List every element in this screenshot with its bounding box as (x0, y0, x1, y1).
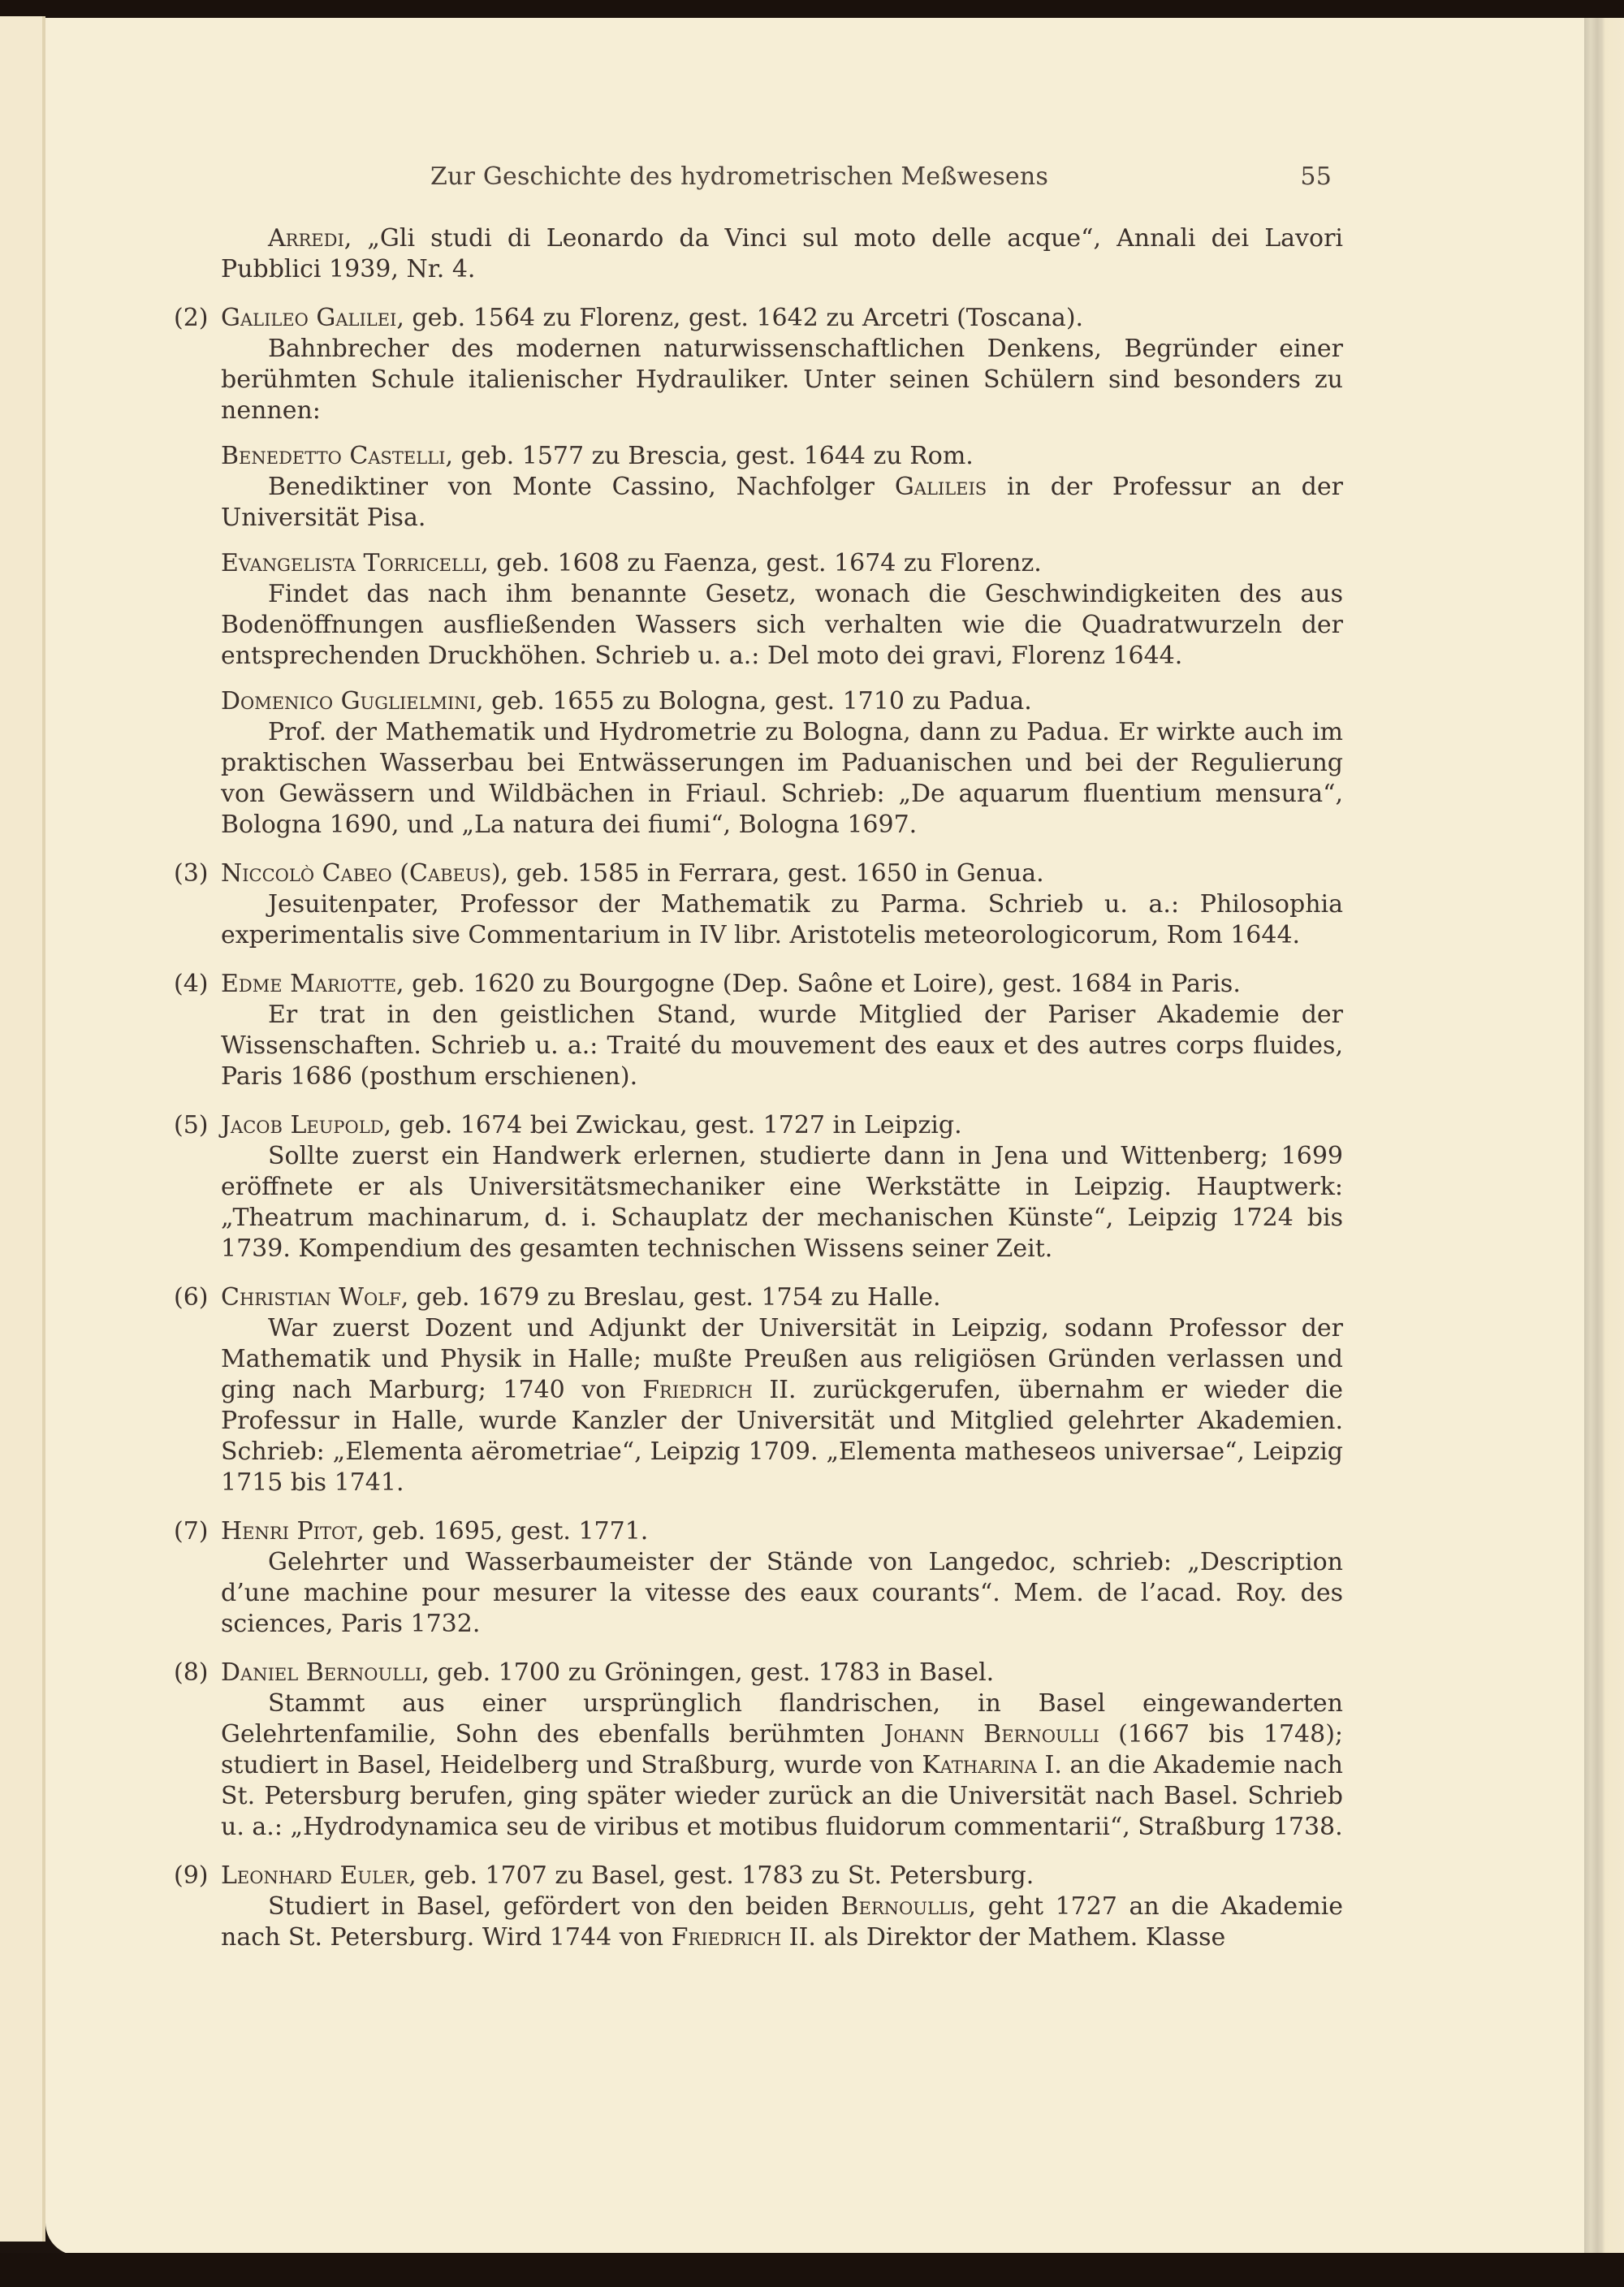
life-dates: , geb. 1577 zu Brescia, gest. 1644 zu Ro… (445, 442, 973, 470)
running-head-title: Zur Geschichte des hydrometrischen Meßwe… (430, 162, 1048, 191)
entry-heading: Jacob Leupold, geb. 1674 bei Zwickau, ge… (182, 1110, 1343, 1141)
life-dates: , geb. 1674 bei Zwickau, gest. 1727 in L… (384, 1111, 962, 1139)
person-name: Niccolò Cabeo (221, 859, 392, 888)
student-guglielmini: Domenico Guglielmini, geb. 1655 zu Bolog… (182, 686, 1343, 841)
author-name: Arredi (268, 224, 344, 253)
footnote-number: (3) (174, 858, 209, 889)
body-text: Benediktiner von Monte Cassino, Nachfolg… (268, 473, 895, 501)
person-name: Friedrich (672, 1923, 782, 1952)
life-dates: , geb. 1679 zu Breslau, gest. 1754 zu Ha… (401, 1283, 941, 1312)
left-page-edge (0, 16, 45, 2242)
entry-heading: Galileo Galilei, geb. 1564 zu Florenz, g… (182, 303, 1343, 334)
entry-heading: Benedetto Castelli, geb. 1577 zu Brescia… (182, 441, 1343, 472)
entry-heading: Henri Pitot, geb. 1695, gest. 1771. (182, 1516, 1343, 1547)
body-text: Studiert in Basel, gefördert von den bei… (268, 1892, 840, 1921)
life-dates: , geb. 1700 zu Gröningen, gest. 1783 in … (421, 1658, 994, 1687)
entry-body: Findet das nach ihm benannte Gesetz, won… (182, 579, 1343, 672)
scan-top-border (0, 0, 1624, 18)
footnote-number: (9) (174, 1861, 209, 1891)
entry-heading: Leonhard Euler, geb. 1707 zu Basel, gest… (182, 1861, 1343, 1891)
person-name: Johann Bernoulli (883, 1720, 1099, 1749)
person-name: Friedrich (642, 1376, 753, 1404)
footnote-number: (2) (174, 303, 209, 334)
body-text: II. als Direktor der Mathem. Klasse (781, 1923, 1225, 1952)
life-dates: , geb. 1608 zu Faenza, gest. 1674 zu Flo… (481, 549, 1042, 577)
person-name: Galileis (895, 473, 987, 501)
footnote-number: (6) (174, 1282, 209, 1313)
person-name: Jacob Leupold (221, 1111, 384, 1139)
footnote-number: (7) (174, 1516, 209, 1547)
life-dates: , geb. 1620 zu Bourgogne (Dep. Saône et … (396, 970, 1241, 998)
person-name: Christian Wolf (221, 1283, 401, 1312)
footnote-5: (5) Jacob Leupold, geb. 1674 bei Zwickau… (182, 1110, 1343, 1265)
person-name-alt: Cabeus (409, 859, 491, 888)
entry-body: Studiert in Basel, gefördert von den bei… (182, 1891, 1343, 1953)
footnotes-body: Arredi, „Gli studi di Leonardo da Vinci … (182, 223, 1343, 1971)
entry-body: Stammt aus einer ursprünglich flandrisch… (182, 1688, 1343, 1843)
footnote-3: (3) Niccolò Cabeo (Cabeus), geb. 1585 in… (182, 858, 1343, 951)
entry-heading: Niccolò Cabeo (Cabeus), geb. 1585 in Fer… (182, 858, 1343, 889)
person-name: Daniel Bernoulli (221, 1658, 421, 1687)
entry-body: Er trat in den geistlichen Stand, wurde … (182, 1000, 1343, 1092)
footnote-number: (5) (174, 1110, 209, 1141)
entry-body: Benediktiner von Monte Cassino, Nachfolg… (182, 472, 1343, 534)
reference-text: , „Gli studi di Leonardo da Vinci sul mo… (221, 224, 1343, 283)
life-dates: , geb. 1695, gest. 1771. (356, 1517, 648, 1546)
footnote-6: (6) Christian Wolf, geb. 1679 zu Breslau… (182, 1282, 1343, 1498)
footnote-4: (4) Edme Mariotte, geb. 1620 zu Bourgogn… (182, 969, 1343, 1092)
entry-heading: Evangelista Torricelli, geb. 1608 zu Fae… (182, 548, 1343, 579)
life-dates: , geb. 1564 zu Florenz, gest. 1642 zu Ar… (396, 304, 1083, 332)
footnote-9: (9) Leonhard Euler, geb. 1707 zu Basel, … (182, 1861, 1343, 1953)
entry-heading: Edme Mariotte, geb. 1620 zu Bourgogne (D… (182, 969, 1343, 1000)
continuation-reference: Arredi, „Gli studi di Leonardo da Vinci … (182, 223, 1343, 285)
person-name: Benedetto Castelli (221, 442, 445, 470)
entry-body: Jesuitenpater, Professor der Mathematik … (182, 889, 1343, 951)
student-torricelli: Evangelista Torricelli, geb. 1608 zu Fae… (182, 548, 1343, 672)
entry-heading: Domenico Guglielmini, geb. 1655 zu Bolog… (182, 686, 1343, 717)
footnote-number: (4) (174, 969, 209, 1000)
page-stack-edge (1584, 18, 1624, 2255)
entry-body: Prof. der Mathematik und Hydrometrie zu … (182, 717, 1343, 841)
page-number: 55 (1300, 162, 1332, 191)
scan-bottom-border (0, 2253, 1624, 2287)
footnote-number: (8) (174, 1658, 209, 1688)
person-name: Domenico Guglielmini (221, 687, 476, 715)
student-castelli: Benedetto Castelli, geb. 1577 zu Brescia… (182, 441, 1343, 534)
person-name: Evangelista Torricelli (221, 549, 481, 577)
footnote-8: (8) Daniel Bernoulli, geb. 1700 zu Gröni… (182, 1658, 1343, 1843)
entry-heading: Daniel Bernoulli, geb. 1700 zu Gröningen… (182, 1658, 1343, 1688)
entry-body: War zuerst Dozent und Adjunkt der Univer… (182, 1313, 1343, 1498)
person-name: Henri Pitot (221, 1517, 356, 1546)
entry-body: Bahnbrecher des modernen naturwissenscha… (182, 334, 1343, 426)
person-name: Katharina (922, 1751, 1037, 1779)
person-name: Edme Mariotte (221, 970, 396, 998)
person-name: Galileo Galilei (221, 304, 396, 332)
entry-body: Gelehrter und Wasserbaumeister der Ständ… (182, 1547, 1343, 1640)
footnote-2: (2) Galileo Galilei, geb. 1564 zu Floren… (182, 303, 1343, 841)
person-name: Bernoullis (840, 1892, 968, 1921)
entry-body: Sollte zuerst ein Handwerk erlernen, stu… (182, 1141, 1343, 1265)
person-name: Leonhard Euler (221, 1861, 408, 1890)
life-dates: , geb. 1655 zu Bologna, gest. 1710 zu Pa… (476, 687, 1032, 715)
footnote-7: (7) Henri Pitot, geb. 1695, gest. 1771. … (182, 1516, 1343, 1640)
life-dates: , geb. 1707 zu Basel, gest. 1783 zu St. … (408, 1861, 1034, 1890)
entry-heading: Christian Wolf, geb. 1679 zu Breslau, ge… (182, 1282, 1343, 1313)
life-dates: , geb. 1585 in Ferrara, gest. 1650 in Ge… (501, 859, 1044, 888)
